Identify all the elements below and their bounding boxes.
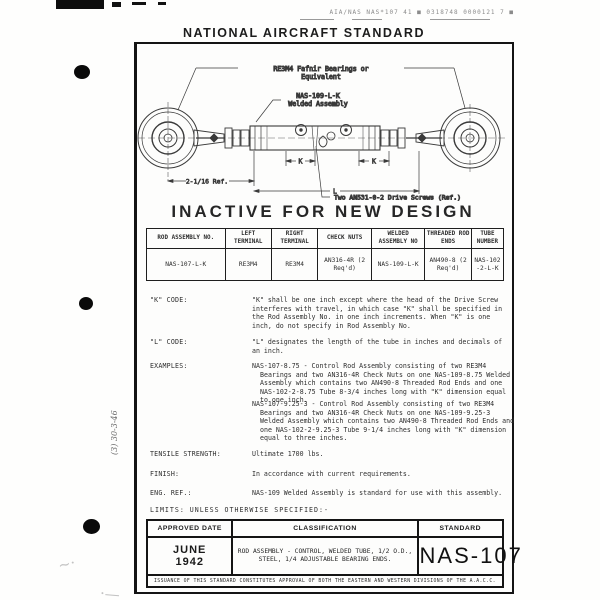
cell-check-nuts: AN316-4R (2 Req'd) <box>318 249 372 281</box>
handwritten-margin-note: (3) 30-3-46 <box>110 345 119 455</box>
stamp-underline <box>300 19 334 20</box>
classification-header: CLASSIFICATION <box>232 520 417 537</box>
drive-screw <box>345 129 347 131</box>
welded-assembly-callout: NAS-109-L-K Welded Assembly <box>256 92 348 122</box>
svg-text:RE3M4 Fafnir Bearings or: RE3M4 Fafnir Bearings or <box>273 65 368 73</box>
eng-ref-text: NAS-109 Welded Assembly is standard for … <box>252 489 508 498</box>
drive-screw <box>300 129 302 131</box>
scan-artifact-bar <box>56 0 104 9</box>
l-code-label: "L" CODE: <box>150 338 246 346</box>
arrow-marker <box>418 134 426 142</box>
scan-artifact-dash <box>158 2 166 5</box>
title-block: APPROVED DATE CLASSIFICATION STANDARD JU… <box>146 519 504 588</box>
dimension-l: L <box>254 151 419 196</box>
drive-screw-note: Two AN531-0-2 Drive Screws (Ref.) <box>316 146 461 202</box>
spec-table-data-row: NAS-107-L-K RE3M4 RE3M4 AN316-4R (2 Req'… <box>147 249 504 281</box>
finish-text: In accordance with current requirements. <box>252 470 508 479</box>
col-header: ROD ASSEMBLY NO. <box>147 229 226 249</box>
examples-paragraph-1: NAS-107-8.75 - Control Rod Assembly cons… <box>252 362 516 405</box>
l-code-text: "L" designates the length of the tube in… <box>252 338 508 355</box>
svg-text:NAS-109-L-K: NAS-109-L-K <box>296 92 340 100</box>
col-header: CHECK NUTS <box>318 229 372 249</box>
eng-ref-label: ENG. REF.: <box>150 489 246 497</box>
svg-text:Two AN531-0-2 Drive Screws (Re: Two AN531-0-2 Drive Screws (Ref.) <box>334 194 461 202</box>
scan-artifact-dash <box>132 2 146 5</box>
welded-tube <box>250 125 380 151</box>
dimension-k-left: K <box>286 151 315 166</box>
right-check-nut-fitting <box>381 128 442 148</box>
page-title: NATIONAL AIRCRAFT STANDARD <box>134 26 474 40</box>
standard-header: STANDARD <box>418 520 503 537</box>
limits-line: LIMITS: UNLESS OTHERWISE SPECIFIED:- <box>150 506 329 514</box>
col-header: WELDED ASSEMBLY NO <box>371 229 425 249</box>
standard-number: NAS-107 <box>418 537 503 575</box>
svg-text:Welded Assembly: Welded Assembly <box>288 100 348 108</box>
punch-hole <box>83 519 100 534</box>
examples-paragraph-2: NAS-107-9.25-3 - Control Rod Assembly co… <box>252 400 516 443</box>
tensile-strength-text: Ultimate 1700 lbs. <box>252 450 508 459</box>
dimension-ref: 2-1/16 Ref. <box>168 151 254 186</box>
pencil-mark: ·— <box>99 584 120 600</box>
drive-screw-detail <box>327 132 335 140</box>
col-header: TUBE NUMBER <box>471 229 503 249</box>
col-header: RIGHT TERMINAL <box>271 229 317 249</box>
classification-value: ROD ASSEMBLY - CONTROL, WELDED TUBE, 1/2… <box>232 537 417 575</box>
spec-table-header-row: ROD ASSEMBLY NO. LEFT TERMINAL RIGHT TER… <box>147 229 504 249</box>
cell-rod-assembly-no: NAS-107-L-K <box>147 249 226 281</box>
microfilm-stamp-text: AIA/NAS NAS*107 41 ■ 0318748 0000121 7 ■ <box>286 9 514 16</box>
tensile-strength-label: TENSILE STRENGTH: <box>150 450 246 458</box>
cell-threaded-rod-ends: AN490-8 (2 Req'd) <box>425 249 471 281</box>
cell-welded-assembly-no: NAS-109-L-K <box>371 249 425 281</box>
approved-date-header: APPROVED DATE <box>147 520 232 537</box>
scanned-page: AIA/NAS NAS*107 41 ■ 0318748 0000121 7 ■… <box>0 0 600 600</box>
k-code-text: "K" shall be one inch except where the h… <box>252 296 508 330</box>
spec-table: ROD ASSEMBLY NO. LEFT TERMINAL RIGHT TER… <box>146 228 504 281</box>
cell-tube-number: NAS-102 -2-L-K <box>471 249 503 281</box>
svg-text:2-1/16 Ref.: 2-1/16 Ref. <box>186 178 228 186</box>
stamp-underline <box>430 19 490 20</box>
cell-right-terminal: RE3M4 <box>271 249 317 281</box>
dimension-k-right: K <box>359 151 389 166</box>
punch-hole <box>79 297 93 310</box>
title-block-header-row: APPROVED DATE CLASSIFICATION STANDARD <box>147 520 503 537</box>
assembly-drawing: RE3M4 Fafnir Bearings or Equivalent NAS-… <box>134 48 512 202</box>
svg-text:Equivalent: Equivalent <box>301 73 341 81</box>
title-block-footnote-row: ISSUANCE OF THIS STANDARD CONSTITUTES AP… <box>147 575 503 587</box>
col-header: THREADED ROD ENDS <box>425 229 471 249</box>
scan-artifact-dash <box>112 2 121 7</box>
drive-screw-detail <box>319 136 327 147</box>
k-code-label: "K" CODE: <box>150 296 246 304</box>
punch-hole <box>74 65 90 79</box>
title-block-data-row: JUNE 1942 ROD ASSEMBLY - CONTROL, WELDED… <box>147 537 503 575</box>
svg-text:K: K <box>299 158 303 166</box>
approved-date-value: JUNE 1942 <box>147 537 232 575</box>
inactive-for-new-design-notice: INACTIVE FOR NEW DESIGN <box>134 202 512 222</box>
svg-text:K: K <box>372 158 376 166</box>
examples-label: EXAMPLES: <box>150 362 246 370</box>
finish-label: FINISH: <box>150 470 246 478</box>
arrow-marker <box>210 134 218 142</box>
issuance-footnote: ISSUANCE OF THIS STANDARD CONSTITUTES AP… <box>147 575 503 587</box>
cell-left-terminal: RE3M4 <box>225 249 271 281</box>
stamp-underline <box>352 19 382 20</box>
pencil-mark: ~· <box>56 553 77 574</box>
col-header: LEFT TERMINAL <box>225 229 271 249</box>
